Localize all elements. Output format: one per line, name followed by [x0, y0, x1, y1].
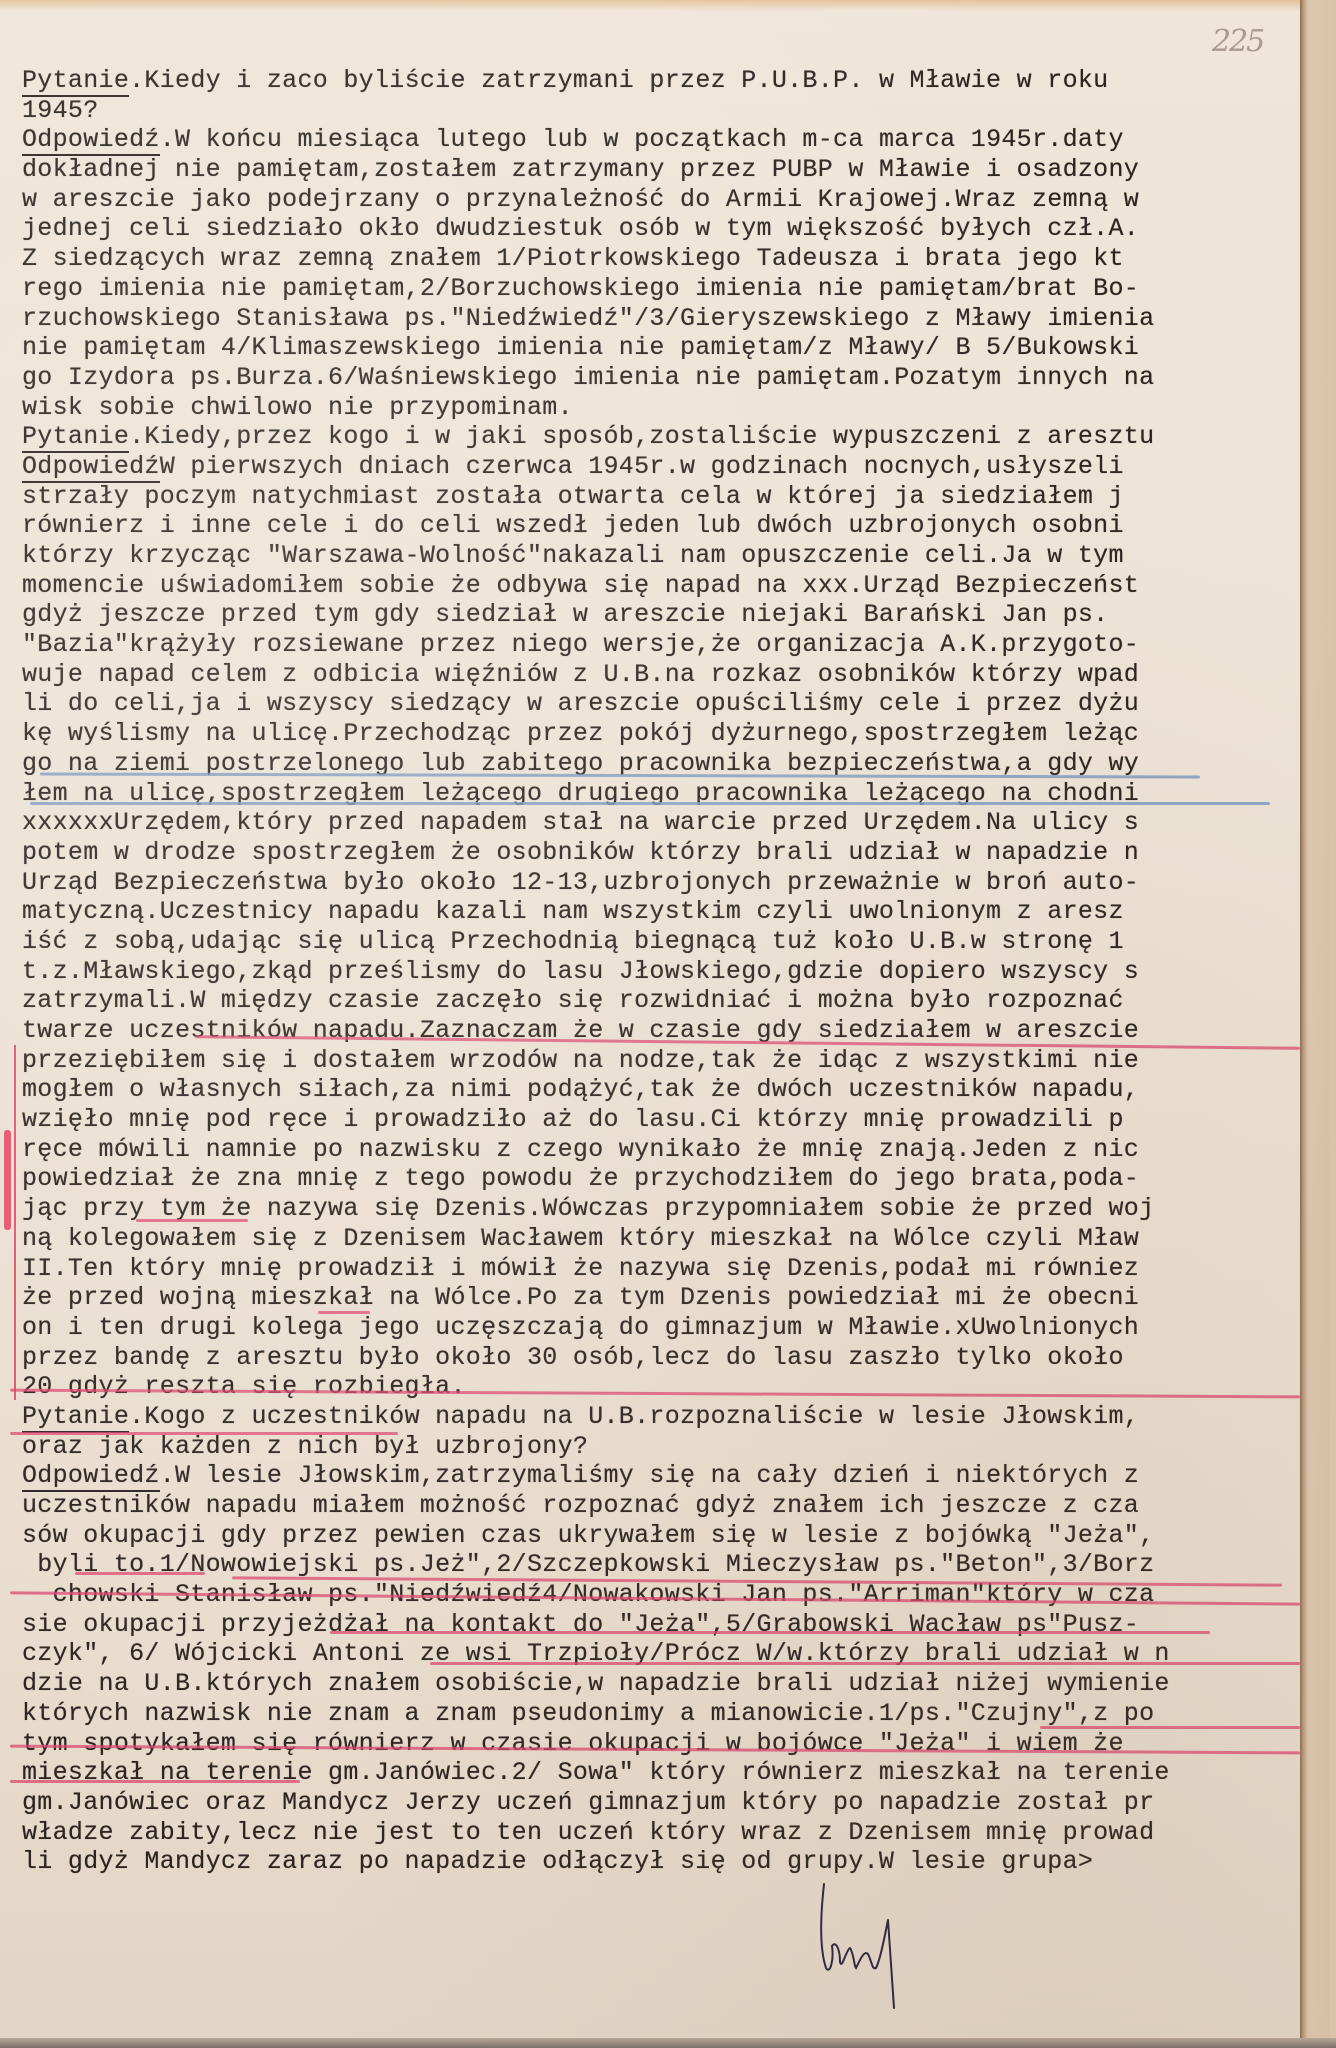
text-line: "Bazia"krążyły rozsiewane przez niego we… [22, 630, 1312, 660]
text-line: xxxxxxUrzędem,który przed napadem stał n… [22, 808, 1312, 838]
margin-red-mark [4, 1130, 11, 1230]
text-line: mogłem o własnych siłach,za nimi podążyć… [22, 1075, 1312, 1105]
text-line: II.Ten który mnię prowadził i mówił że n… [22, 1254, 1312, 1284]
text-line: których nazwisk nie znam a znam pseudoni… [22, 1699, 1312, 1729]
text-line: 1945? [22, 96, 1312, 126]
line-text: .W końcu miesiąca lutego lub w początkac… [160, 125, 1124, 154]
line-text: li do celi,ja i wszyscy siedzący w aresz… [22, 689, 1139, 718]
red-underline [430, 1662, 1300, 1665]
red-underline [1040, 1726, 1300, 1729]
text-line: w areszcie jako podejrzany o przynależno… [22, 185, 1312, 215]
text-line: ną kolegowałem się z Dzenisem Wacławem k… [22, 1224, 1312, 1254]
text-line: zatrzymali.W między czasie zaczęło się r… [22, 986, 1312, 1016]
text-line: strzały poczym natychmiast została otwar… [22, 482, 1312, 512]
line-text: 1945? [22, 96, 99, 125]
line-text: xxxxxxUrzędem,który przed napadem stał n… [22, 808, 1139, 837]
text-line: wisk sobie chwilowo nie przypominam. [22, 393, 1312, 423]
text-line: byli to.1/Nowowiejski ps.Jeż",2/Szczepko… [22, 1550, 1312, 1580]
line-text: władze zabity,lecz nie jest to ten uczeń… [22, 1818, 1154, 1847]
text-line: potem w drodze spostrzegłem że osobników… [22, 838, 1312, 868]
text-line: tym spotykałem się równierz w czasie oku… [22, 1729, 1312, 1759]
line-text: momencie uświadomiłem sobie że odbywa si… [22, 571, 1139, 600]
page-fold-edge [1300, 0, 1336, 2048]
text-line: Odpowiedź.W lesie Jłowskim,zatrzymaliśmy… [22, 1461, 1312, 1491]
line-text: ręce mówili namnie po nazwisku z czego w… [22, 1135, 1139, 1164]
line-text: Z siedzących wraz zemną znałem 1/Piotrko… [22, 244, 1124, 273]
line-text: W pierwszych dniach czerwca 1945r.w godz… [160, 452, 1124, 481]
text-line: dokładnej nie pamiętam,zostałem zatrzyma… [22, 155, 1312, 185]
line-text: wuje napad celem z odbicia więźniów z U.… [22, 660, 1139, 689]
line-text: że przed wojną mieszkał na Wólce.Po za t… [22, 1283, 1139, 1312]
line-text: on i ten drugi kolega jego uczęszczają d… [22, 1313, 1139, 1342]
line-text: 20 gdyż reszta się rozbiegła. [22, 1372, 466, 1401]
line-text: którzy krzycząc "Warszawa-Wolność"nakaza… [22, 541, 1124, 570]
page-bottom-edge [0, 2038, 1336, 2048]
line-text: "Bazia"krążyły rozsiewane przez niego we… [22, 630, 1139, 659]
text-line: Pytanie.Kiedy,przez kogo i w jaki sposób… [22, 422, 1312, 452]
text-line: równierz i inne cele i do celi wszedł je… [22, 511, 1312, 541]
line-text: wisk sobie chwilowo nie przypominam. [22, 393, 573, 422]
document-page: 225 Pytanie.Kiedy i zaco byliście zatrzy… [0, 0, 1330, 2048]
text-line: oraz jak każden z nich był uzbrojony? [22, 1432, 1312, 1462]
line-text: sie okupacji przyjeżdżał na kontakt do "… [22, 1610, 1139, 1639]
line-text: oraz jak każden z nich był uzbrojony? [22, 1432, 588, 1461]
text-line: władze zabity,lecz nie jest to ten uczeń… [22, 1818, 1312, 1848]
line-text: dokładnej nie pamiętam,zostałem zatrzyma… [22, 155, 1139, 184]
text-line: ręce mówili namnie po nazwisku z czego w… [22, 1135, 1312, 1165]
line-text: .Kiedy i zaco byliście zatrzymani przez … [129, 66, 1108, 95]
text-line: przeziębiłem się i dostałem wrzodów na n… [22, 1046, 1312, 1076]
line-text: t.z.Mławskiego,zkąd prześlismy do lasu J… [22, 957, 1139, 986]
text-line: sie okupacji przyjeżdżał na kontakt do "… [22, 1610, 1312, 1640]
text-line: jednej celi siedziało okło dwudziestuk o… [22, 214, 1312, 244]
line-text: iść z sobą,udając się ulicą Przechodnią … [22, 927, 1124, 956]
text-line: sów okupacji gdy przez pewien czas ukryw… [22, 1521, 1312, 1551]
line-text: Urząd Bezpieczeństwa było około 12-13,uz… [22, 868, 1139, 897]
text-line: t.z.Mławskiego,zkąd prześlismy do lasu J… [22, 957, 1312, 987]
text-line: li gdyż Mandycz zaraz po napadzie odłącz… [22, 1847, 1312, 1877]
line-text: w areszcie jako podejrzany o przynależno… [22, 185, 1139, 214]
text-line: przez bandę z aresztu było około 30 osób… [22, 1343, 1312, 1373]
line-text: kę wyślismy na ulicę.Przechodząc przez p… [22, 719, 1139, 748]
section-label: Odpowiedź [22, 1461, 160, 1492]
page-top-edge [0, 0, 1300, 10]
margin-red-line [14, 1045, 16, 1400]
text-line: rego imienia nie pamiętam,2/Borzuchowski… [22, 274, 1312, 304]
text-line: 20 gdyż reszta się rozbiegła. [22, 1372, 1312, 1402]
red-underline [136, 1219, 248, 1222]
text-line: wuje napad celem z odbicia więźniów z U.… [22, 660, 1312, 690]
text-line: Urząd Bezpieczeństwa było około 12-13,uz… [22, 868, 1312, 898]
text-line: gm.Janówiec oraz Mandycz Jerzy uczeń gim… [22, 1788, 1312, 1818]
line-text: ną kolegowałem się z Dzenisem Wacławem k… [22, 1224, 1139, 1253]
red-underline [10, 1432, 398, 1435]
text-line: Pytanie.Kiedy i zaco byliście zatrzymani… [22, 66, 1312, 96]
section-label: Pytanie [22, 422, 129, 453]
section-label: Odpowiedź [22, 452, 160, 483]
text-line: rzuchowskiego Stanisława ps."Niedźwiedź"… [22, 304, 1312, 334]
red-underline [318, 1311, 370, 1314]
line-text: powiedział że zna mnię z tego powodu że … [22, 1164, 1139, 1193]
section-label: Pytanie [22, 1402, 129, 1433]
line-text: wzięło mnię pod ręce i prowadziło aż do … [22, 1105, 1124, 1134]
line-text: przez bandę z aresztu było około 30 osób… [22, 1343, 1124, 1372]
line-text: strzały poczym natychmiast została otwar… [22, 482, 1124, 511]
text-line: dzie na U.B.których znałem osobiście,w n… [22, 1669, 1312, 1699]
line-text: mogłem o własnych siłach,za nimi podążyć… [22, 1075, 1139, 1104]
text-line: Pytanie.Kogo z uczestników napadu na U.B… [22, 1402, 1312, 1432]
blue-underline [30, 802, 1270, 805]
line-text: rzuchowskiego Stanisława ps."Niedźwiedź"… [22, 304, 1154, 333]
section-label: Pytanie [22, 66, 129, 97]
line-text: równierz i inne cele i do celi wszedł je… [22, 511, 1124, 540]
line-text: .Kiedy,przez kogo i w jaki sposób,zostal… [129, 422, 1154, 451]
text-line: Z siedzących wraz zemną znałem 1/Piotrko… [22, 244, 1312, 274]
red-underline [10, 1780, 300, 1783]
red-underline [75, 1572, 205, 1575]
text-line: go Izydora ps.Burza.6/Waśniewskiego imie… [22, 363, 1312, 393]
line-text: potem w drodze spostrzegłem że osobników… [22, 838, 1139, 867]
text-line: gdyż jeszcze przed tym gdy siedział w ar… [22, 600, 1312, 630]
text-line: wzięło mnię pod ręce i prowadziło aż do … [22, 1105, 1312, 1135]
line-text: dzie na U.B.których znałem osobiście,w n… [22, 1669, 1170, 1698]
line-text: li gdyż Mandycz zaraz po napadzie odłącz… [22, 1847, 1093, 1876]
text-line: iść z sobą,udając się ulicą Przechodnią … [22, 927, 1312, 957]
text-line: że przed wojną mieszkał na Wólce.Po za t… [22, 1283, 1312, 1313]
line-text: go Izydora ps.Burza.6/Waśniewskiego imie… [22, 363, 1154, 392]
signature [810, 1880, 930, 2010]
text-line: matyczną.Uczestnicy napadu kazali nam ws… [22, 897, 1312, 927]
line-text: II.Ten który mnię prowadził i mówił że n… [22, 1254, 1139, 1283]
line-text: sów okupacji gdy przez pewien czas ukryw… [22, 1521, 1154, 1550]
line-text: byli to.1/Nowowiejski ps.Jeż",2/Szczepko… [22, 1550, 1154, 1579]
typewritten-text: Pytanie.Kiedy i zaco byliście zatrzymani… [22, 66, 1312, 1877]
text-line: li do celi,ja i wszyscy siedzący w aresz… [22, 689, 1312, 719]
line-text: .W lesie Jłowskim,zatrzymaliśmy się na c… [160, 1461, 1139, 1490]
line-text: jednej celi siedziało okło dwudziestuk o… [22, 214, 1139, 243]
text-line: momencie uświadomiłem sobie że odbywa si… [22, 571, 1312, 601]
line-text: których nazwisk nie znam a znam pseudoni… [22, 1699, 1154, 1728]
text-line: uczestników napadu miałem możność rozpoz… [22, 1491, 1312, 1521]
line-text: .Kogo z uczestników napadu na U.B.rozpoz… [129, 1402, 1139, 1431]
red-underline [330, 1631, 1210, 1634]
text-line: kę wyślismy na ulicę.Przechodząc przez p… [22, 719, 1312, 749]
line-text: przeziębiłem się i dostałem wrzodów na n… [22, 1046, 1139, 1075]
line-text: rego imienia nie pamiętam,2/Borzuchowski… [22, 274, 1139, 303]
page-number: 225 [1212, 24, 1263, 59]
text-line: on i ten drugi kolega jego uczęszczają d… [22, 1313, 1312, 1343]
section-label: Odpowiedź [22, 125, 160, 156]
text-line: mieszkał na terenie gm.Janówiec.2/ Sowa"… [22, 1758, 1312, 1788]
line-text: gm.Janówiec oraz Mandycz Jerzy uczeń gim… [22, 1788, 1154, 1817]
text-line: nie pamiętam 4/Klimaszewskiego imienia n… [22, 333, 1312, 363]
line-text: tym spotykałem się równierz w czasie oku… [22, 1729, 1124, 1758]
line-text: gdyż jeszcze przed tym gdy siedział w ar… [22, 600, 1108, 629]
text-line: powiedział że zna mnię z tego powodu że … [22, 1164, 1312, 1194]
line-text: nie pamiętam 4/Klimaszewskiego imienia n… [22, 333, 1139, 362]
line-text: uczestników napadu miałem możność rozpoz… [22, 1491, 1139, 1520]
line-text: matyczną.Uczestnicy napadu kazali nam ws… [22, 897, 1124, 926]
text-line: którzy krzycząc "Warszawa-Wolność"nakaza… [22, 541, 1312, 571]
line-text: zatrzymali.W między czasie zaczęło się r… [22, 986, 1124, 1015]
text-line: OdpowiedźW pierwszych dniach czerwca 194… [22, 452, 1312, 482]
text-line: Odpowiedź.W końcu miesiąca lutego lub w … [22, 125, 1312, 155]
